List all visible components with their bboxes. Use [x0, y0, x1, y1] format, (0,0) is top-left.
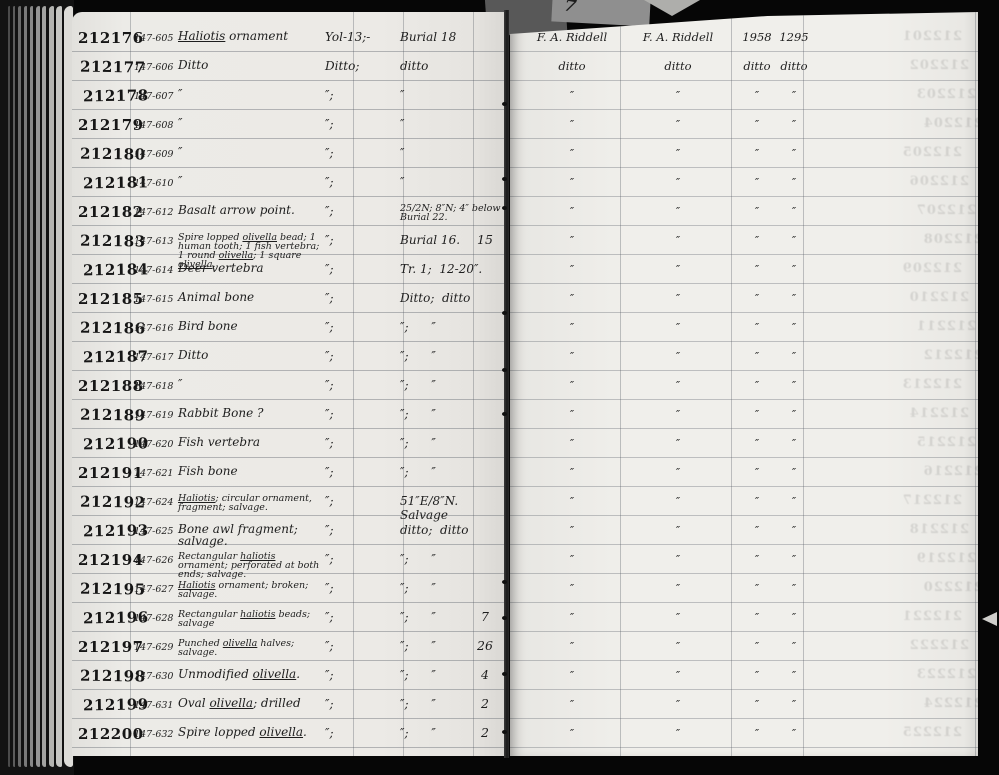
ledger-row: 212192147-624Haliotis; circular ornament…: [72, 493, 506, 522]
book-page-edges: [0, 0, 74, 775]
ink-mark: [502, 206, 507, 210]
catalog-number: 212194: [78, 551, 136, 569]
bleed-through-number: 212221: [822, 609, 962, 624]
collector-column-2: F. A. Riddell: [626, 30, 730, 44]
bleed-through-number: 212223: [836, 667, 976, 682]
ink-mark: [502, 672, 507, 676]
bleed-through-number: 212211: [836, 319, 976, 334]
collector-column: ″: [520, 175, 624, 189]
catalog-number: 212198: [80, 667, 138, 686]
collector-column: ″: [520, 349, 624, 363]
ledger-row: 212189147-619Rabbit Bone ?″;″; ″: [72, 406, 506, 435]
accession-number: 147-615: [134, 294, 180, 305]
bleed-through-number: 212222: [829, 638, 969, 653]
collector-column-2: ″: [626, 88, 730, 102]
number-column: ″: [772, 262, 816, 276]
handwritten-mark: 7: [562, 0, 577, 17]
collector-column-2: ″: [626, 291, 730, 305]
item-description: ″: [178, 378, 325, 390]
bleed-through-number: 212212: [843, 348, 983, 363]
collector-column-2: ″: [626, 552, 730, 566]
accession-number: 147-610: [134, 178, 180, 189]
collector-column: ″: [520, 639, 624, 653]
catalog-number: 212181: [83, 173, 141, 192]
number-column: ″: [772, 465, 816, 479]
site-column: ″;: [325, 726, 381, 740]
provenience-column: ″: [400, 117, 496, 131]
accession-number: 147-626: [134, 555, 180, 566]
site-column: ″;: [325, 175, 381, 189]
provenience-column: ″; ″: [400, 349, 496, 363]
count-column: 15: [470, 232, 500, 247]
bleed-through-number: 212204: [843, 116, 983, 131]
item-description: ″: [178, 146, 325, 158]
item-description: Punched olivella halves; salvage.: [178, 639, 325, 657]
loose-paper-corner: [644, 0, 700, 16]
item-description: Fish bone: [178, 465, 325, 477]
accession-number: 147-631: [134, 700, 180, 711]
accession-number: 147-632: [134, 729, 180, 740]
bleed-through-number: 212208: [843, 232, 983, 247]
accession-number: 147-618: [134, 381, 180, 392]
number-column: ″: [772, 581, 816, 595]
site-column: ″;: [325, 668, 381, 682]
ledger-row: 212188147-618″″;″; ″: [72, 377, 506, 406]
item-description: Haliotis ornament; broken; salvage.: [178, 581, 325, 599]
collector-column: ″: [520, 262, 624, 276]
count-column: 4: [470, 667, 500, 682]
ledger-row: 212190147-620Fish vertebra″;″; ″: [72, 435, 506, 464]
collector-column: ″: [520, 88, 624, 102]
catalog-number: 212187: [83, 347, 141, 366]
ledger-row: 212197147-629Punched olivella halves; sa…: [72, 638, 506, 667]
provenience-column: 25/2N; 8″N; 4″ below Burial 22.: [400, 204, 504, 222]
count-column: 7: [470, 609, 500, 624]
site-column: ″;: [325, 639, 381, 653]
catalog-number: 212200: [78, 725, 136, 743]
provenience-column: ″; ″: [400, 465, 496, 479]
collector-column: ″: [520, 320, 624, 334]
collector-column-2: ″: [626, 233, 730, 247]
right-page: F. A. RiddellF. A. Riddell19581295dittod…: [510, 8, 978, 756]
collector-column: ″: [520, 726, 624, 740]
item-description: Spire lopped olivella.: [178, 726, 325, 738]
item-description: Deer vertebra: [178, 262, 325, 274]
accession-number: 147-608: [134, 120, 180, 131]
collector-column: ″: [520, 436, 624, 450]
ledger-row: 212178147-607″″;″: [72, 87, 506, 116]
collector-column: ″: [520, 668, 624, 682]
collector-column-2: ″: [626, 436, 730, 450]
bleed-through-number: 212202: [829, 58, 969, 73]
collector-column-2: ″: [626, 378, 730, 392]
item-description: Bone awl fragment; salvage.: [178, 523, 325, 547]
ledger-row: 212177147-606DittoDitto;ditto: [72, 58, 506, 87]
catalog-number: 212199: [83, 695, 141, 714]
site-column: ″;: [325, 436, 381, 450]
accession-number: 147-606: [134, 62, 180, 73]
provenience-column: 51″E/8″N. Salvage: [400, 494, 496, 522]
accession-number: 147-630: [134, 671, 180, 682]
number-column: ″: [772, 523, 816, 537]
provenience-column: ″; ″: [400, 552, 496, 566]
ledger-row: 212180147-609″″;″: [72, 145, 506, 174]
accession-number: 147-614: [134, 265, 180, 276]
page-edge: [56, 6, 62, 767]
collector-column: ″: [520, 233, 624, 247]
accession-number: 147-619: [134, 410, 180, 421]
accession-number: 147-613: [134, 236, 180, 247]
item-description: ″: [178, 175, 325, 187]
number-column: ″: [772, 552, 816, 566]
catalog-number: 212197: [78, 638, 136, 656]
provenience-column: ditto; ditto: [400, 523, 496, 537]
provenience-column: ″; ″: [400, 407, 496, 421]
bleed-through-number: 212220: [843, 580, 983, 595]
item-description: Bird bone: [178, 320, 325, 332]
ledger-row: 212176147-605Haliotis ornamentYol-13;-Bu…: [72, 29, 506, 58]
collector-column: ″: [520, 697, 624, 711]
site-column: ″;: [325, 204, 381, 218]
ledger-row: 212191147-621Fish bone″;″; ″: [72, 464, 506, 493]
catalog-number: 212180: [80, 145, 138, 164]
ink-mark: [502, 730, 507, 734]
item-description: Rabbit Bone ?: [178, 407, 325, 419]
accession-number: 147-612: [134, 207, 180, 218]
collector-column: ditto: [520, 59, 624, 73]
collector-column: ″: [520, 581, 624, 595]
ink-mark: [502, 368, 507, 372]
collector-column-2: ″: [626, 320, 730, 334]
collector-column: ″: [520, 610, 624, 624]
ink-mark: [502, 412, 507, 416]
ledger-row: 212187147-617Ditto″;″; ″: [72, 348, 506, 377]
item-description: Haliotis; circular ornament, fragment; s…: [178, 494, 325, 512]
ledger-row: 212195147-627Haliotis ornament; broken; …: [72, 580, 506, 609]
collector-column-2: ″: [626, 494, 730, 508]
accession-number: 147-624: [134, 497, 180, 508]
catalog-number: 212196: [83, 608, 141, 627]
page-edge: [36, 6, 40, 767]
number-column: ″: [772, 291, 816, 305]
collector-column-2: ″: [626, 204, 730, 218]
provenience-column: ″; ″: [400, 378, 496, 392]
number-column: ″: [772, 146, 816, 160]
accession-number: 147-627: [134, 584, 180, 595]
bleed-through-number: 212225: [822, 725, 962, 740]
provenience-column: ″; ″: [400, 581, 496, 595]
item-description: Animal bone: [178, 291, 325, 303]
item-description: Ditto: [178, 349, 325, 361]
item-description: Basalt arrow point.: [178, 204, 325, 216]
bleed-through-number: 212209: [822, 261, 962, 276]
ledger-row: 212182147-612Basalt arrow point.″;25/2N;…: [72, 203, 506, 232]
site-column: ″;: [325, 494, 381, 508]
ledger-row: 212183147-613Spire lopped olivella bead;…: [72, 232, 506, 261]
catalog-number: 212192: [80, 493, 138, 512]
collector-column: ″: [520, 117, 624, 131]
catalog-number: 212178: [83, 86, 141, 105]
collector-column-2: ″: [626, 523, 730, 537]
collector-column-2: ″: [626, 175, 730, 189]
accession-number: 147-620: [134, 439, 180, 450]
site-column: ″;: [325, 320, 381, 334]
count-column: 2: [470, 696, 500, 711]
ledger-row: 212200147-632Spire lopped olivella.″;″; …: [72, 725, 506, 754]
number-column: ″: [772, 668, 816, 682]
site-column: ″;: [325, 610, 381, 624]
number-column: ″: [772, 378, 816, 392]
accession-number: 147-629: [134, 642, 180, 653]
number-column: 1295: [772, 30, 816, 44]
site-column: ″;: [325, 146, 381, 160]
site-column: ″;: [325, 233, 381, 247]
collector-column-2: ″: [626, 465, 730, 479]
accession-number: 147-607: [134, 91, 180, 102]
bleed-through-number: 212206: [829, 174, 969, 189]
page-edge: [42, 6, 46, 767]
collector-column-2: ″: [626, 610, 730, 624]
site-column: ″;: [325, 407, 381, 421]
item-description: Unmodified olivella.: [178, 668, 325, 680]
number-column: ″: [772, 639, 816, 653]
provenience-column: ″: [400, 175, 496, 189]
accession-number: 147-628: [134, 613, 180, 624]
ink-mark: [502, 580, 507, 584]
catalog-number: 212193: [83, 521, 141, 540]
collector-column-2: ″: [626, 262, 730, 276]
site-column: ″;: [325, 581, 381, 595]
ink-mark: [502, 177, 507, 181]
collector-column-2: ″: [626, 146, 730, 160]
catalog-number: 212176: [78, 29, 136, 47]
item-description: ″: [178, 117, 325, 129]
page-edge: [24, 6, 27, 767]
provenience-column: ″: [400, 146, 496, 160]
collector-column-2: ″: [626, 697, 730, 711]
collector-column-2: ″: [626, 639, 730, 653]
number-column: ″: [772, 349, 816, 363]
number-column: ″: [772, 610, 816, 624]
bleed-through-number: 212201: [822, 29, 962, 44]
number-column: ″: [772, 436, 816, 450]
bleed-through-number: 212218: [829, 522, 969, 537]
page-edge: [49, 6, 54, 767]
catalog-number: 212191: [78, 464, 136, 482]
item-description: Rectangular haliotis ornament; perforate…: [178, 552, 325, 579]
number-column: ″: [772, 726, 816, 740]
collector-column-2: ″: [626, 726, 730, 740]
collector-column: ″: [520, 378, 624, 392]
number-column: ″: [772, 88, 816, 102]
number-column: ″: [772, 175, 816, 189]
provenience-column: Ditto; ditto: [400, 291, 496, 305]
site-column: Yol-13;-: [325, 30, 381, 44]
ledger-row: 212179147-608″″;″: [72, 116, 506, 145]
bleed-through-number: 212207: [836, 203, 976, 218]
collector-column: ″: [520, 291, 624, 305]
item-description: Ditto: [178, 59, 325, 71]
collector-column: ″: [520, 204, 624, 218]
site-column: Ditto;: [325, 59, 381, 73]
item-description: ″: [178, 88, 325, 100]
collector-column-2: ″: [626, 581, 730, 595]
catalog-number: 212188: [78, 377, 136, 395]
item-description: Haliotis ornament: [178, 30, 325, 42]
ledger-row: 212185147-615Animal bone″;Ditto; ditto: [72, 290, 506, 319]
item-description: Fish vertebra: [178, 436, 325, 448]
count-column: 2: [470, 725, 500, 740]
accession-number: 147-605: [134, 33, 180, 44]
ledger-scan: 7 212176147-605Haliotis ornamentYol-13;-…: [0, 0, 999, 775]
catalog-number: 212182: [78, 203, 136, 221]
number-column: ditto: [772, 59, 816, 73]
accession-number: 147-609: [134, 149, 180, 160]
ledger-row: 212196147-628Rectangular haliotis beads;…: [72, 609, 506, 638]
ink-mark: [502, 311, 507, 315]
site-column: ″;: [325, 291, 381, 305]
bleed-through-number: 212216: [843, 464, 983, 479]
ledger-row: 212198147-630Unmodified olivella.″;″; ″4: [72, 667, 506, 696]
number-column: ″: [772, 233, 816, 247]
provenience-column: ″: [400, 88, 496, 102]
collector-column: ″: [520, 494, 624, 508]
site-column: ″;: [325, 523, 381, 537]
ledger-row: 212199147-631Oval olivella; drilled″;″; …: [72, 696, 506, 725]
catalog-number: 212179: [78, 116, 136, 134]
ledger-row: 212194147-626Rectangular haliotis orname…: [72, 551, 506, 580]
accession-number: 147-621: [134, 468, 180, 479]
number-column: ″: [772, 320, 816, 334]
site-column: ″;: [325, 262, 381, 276]
bleed-through-number: 212210: [829, 290, 969, 305]
item-description: Oval olivella; drilled: [178, 697, 325, 709]
site-column: ″;: [325, 88, 381, 102]
accession-number: 147-625: [134, 526, 180, 537]
bleed-through-number: 212205: [822, 145, 962, 160]
ledger-row: 212193147-625Bone awl fragment; salvage.…: [72, 522, 506, 551]
ledger-row: 212184147-614Deer vertebra″;Tr. 1; 12-20…: [72, 261, 506, 290]
collector-column: ″: [520, 523, 624, 537]
collector-column-2: ditto: [626, 59, 730, 73]
ink-mark: [502, 102, 507, 106]
page-edge: [18, 6, 21, 767]
number-column: ″: [772, 494, 816, 508]
site-column: ″;: [325, 552, 381, 566]
bleed-through-number: 212213: [822, 377, 962, 392]
bleed-through-number: 212215: [836, 435, 976, 450]
page-edge: [30, 6, 33, 767]
catalog-number: 212184: [83, 260, 141, 279]
site-column: ″;: [325, 349, 381, 363]
page-edge-marker: [982, 612, 997, 626]
accession-number: 147-616: [134, 323, 180, 334]
number-column: ″: [772, 407, 816, 421]
catalog-number: 212195: [80, 580, 138, 599]
catalog-number: 212190: [83, 434, 141, 453]
number-column: ″: [772, 204, 816, 218]
page-edge: [8, 6, 10, 767]
page-edge: [13, 6, 15, 767]
provenience-column: Burial 18: [400, 30, 496, 44]
bleed-through-number: 212224: [843, 696, 983, 711]
item-description: Rectangular haliotis beads; salvage: [178, 610, 325, 628]
collector-column-2: ″: [626, 349, 730, 363]
bleed-through-number: 212214: [829, 406, 969, 421]
collector-column: ″: [520, 465, 624, 479]
ledger-row: 212186147-616Bird bone″;″; ″: [72, 319, 506, 348]
ledger-row: 212181147-610″″;″: [72, 174, 506, 203]
left-page: 212176147-605Haliotis ornamentYol-13;-Bu…: [72, 12, 506, 756]
site-column: ″;: [325, 378, 381, 392]
number-column: ″: [772, 697, 816, 711]
provenience-column: ″; ″: [400, 436, 496, 450]
collector-column-2: ″: [626, 407, 730, 421]
provenience-column: ditto: [400, 59, 496, 73]
count-column: 26: [470, 638, 500, 653]
collector-column: ″: [520, 407, 624, 421]
accession-number: 147-617: [134, 352, 180, 363]
collector-column: ″: [520, 146, 624, 160]
provenience-column: Tr. 1; 12-20″.: [400, 262, 496, 276]
catalog-number: 212177: [80, 58, 138, 77]
catalog-number: 212189: [80, 406, 138, 425]
site-column: ″;: [325, 465, 381, 479]
bleed-through-number: 212219: [836, 551, 976, 566]
collector-column-2: ″: [626, 668, 730, 682]
catalog-number: 212183: [80, 232, 138, 251]
bleed-through-number: 212217: [822, 493, 962, 508]
number-column: ″: [772, 117, 816, 131]
catalog-number: 212185: [78, 290, 136, 308]
site-column: ″;: [325, 697, 381, 711]
catalog-number: 212186: [80, 319, 138, 338]
provenience-column: ″; ″: [400, 320, 496, 334]
site-column: ″;: [325, 117, 381, 131]
collector-column-2: ″: [626, 117, 730, 131]
book-gutter: [504, 10, 509, 758]
ink-mark: [502, 616, 507, 620]
bleed-through-number: 212203: [836, 87, 976, 102]
collector-column: ″: [520, 552, 624, 566]
